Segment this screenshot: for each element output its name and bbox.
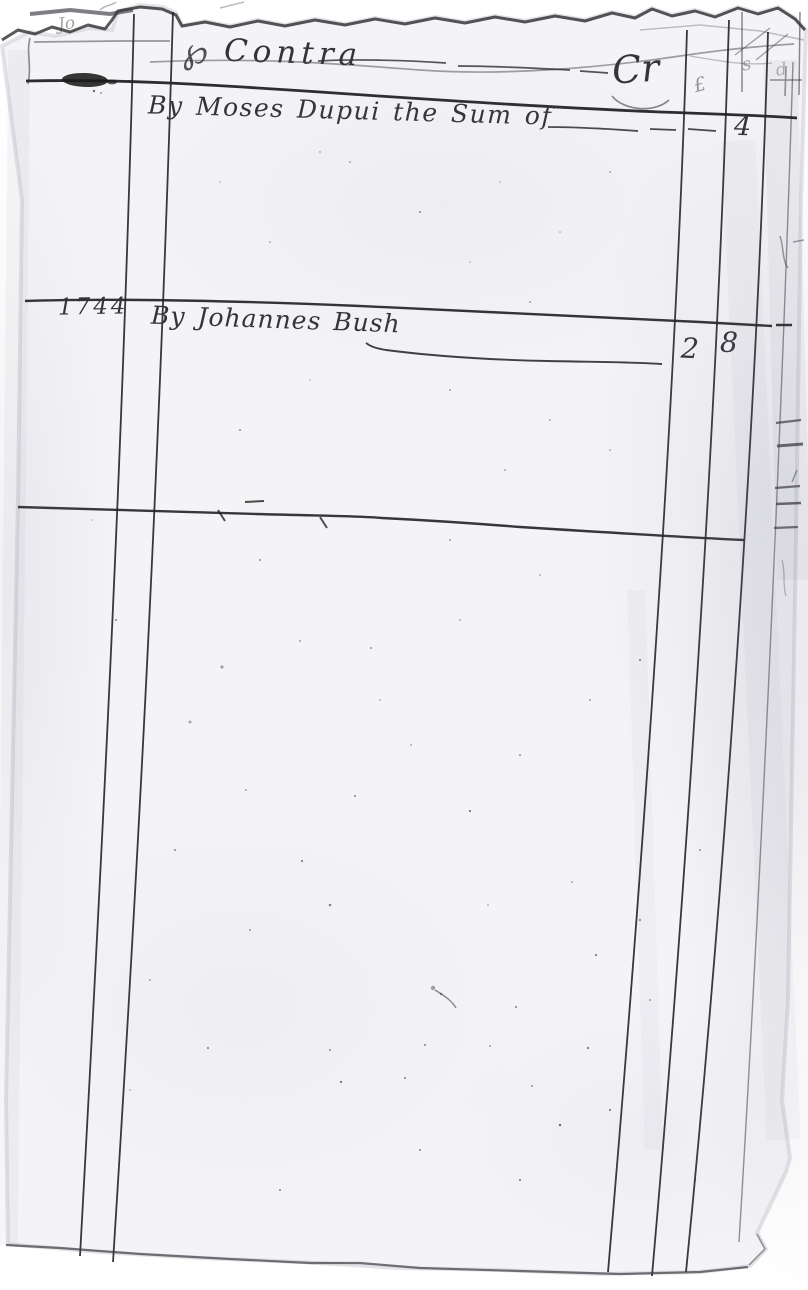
credit-abbreviation: Cr (611, 48, 661, 89)
page-title: Contra (224, 36, 363, 72)
paper-sheet (2, 5, 806, 1274)
column-header-pence: d (775, 61, 788, 79)
entry-amount-shillings: 4 (734, 113, 752, 141)
paper-artwork (0, 0, 808, 1290)
per-sign: ℘ (182, 33, 210, 71)
ledger-page-scan: ℘ Contra Cr Jo £ s d By Moses Dupui the … (0, 0, 808, 1290)
entry-year: 1744 (58, 295, 129, 319)
entry-amount-shillings: 8 (720, 329, 739, 358)
entry-amount-pounds: 2 (680, 335, 699, 364)
margin-dash-line (34, 41, 170, 42)
margin-scribble: Jo (57, 15, 76, 34)
